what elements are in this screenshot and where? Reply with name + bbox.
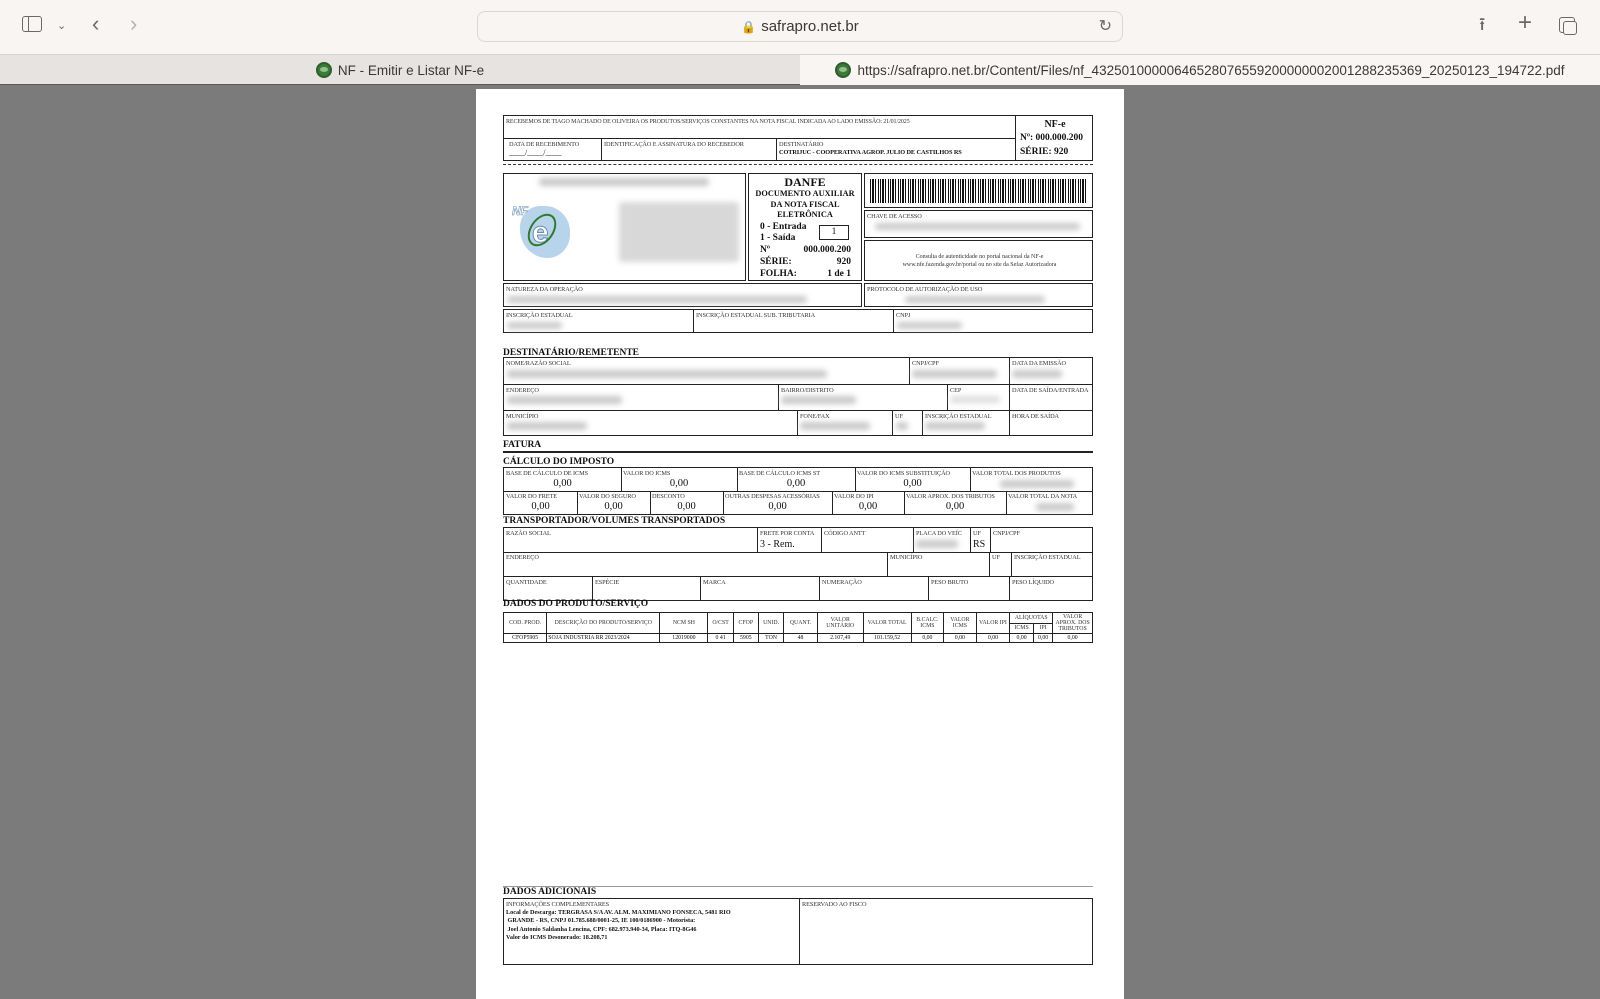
lock-icon: 🔒 [741,20,756,34]
table-cell: 0,00 [1053,634,1093,643]
new-tab-icon[interactable]: + [1518,13,1532,33]
table-cell: TON [758,634,783,643]
column-header: ICMS [1010,623,1034,634]
column-header: O/CST [708,613,733,634]
table-cell: 2.107,49 [817,634,863,643]
barcode [870,179,1086,203]
produtos-section: DADOS DO PRODUTO/SERVIÇO [503,599,648,609]
imposto-label: OUTRAS DESPESAS ACESSÓRIAS [725,493,820,500]
imposto-section: CÁLCULO DO IMPOSTO [503,457,614,467]
imposto-label: VALOR DO ICMS SUBSTITUIÇÃO [857,470,950,477]
column-header: QUANT. [784,613,818,634]
table-cell: 0 41 [708,634,733,643]
protocolo-box: PROTOCOLO DE AUTORIZAÇÃO DE USO [864,283,1093,307]
barcode-box [864,173,1093,208]
informacoes-complementares: Local de Descarga: TERGRASA S/A AV. ALM.… [506,909,731,942]
imposto-value: 0,00 [621,478,737,489]
imposto-box: BASE DE CÁLCULO DE ICMS0,00VALOR DO ICMS… [503,467,1093,515]
imposto-value: 0,00 [504,501,577,512]
table-cell: SOJA INDUSTRIA RR 2023/2024 [547,634,660,643]
imposto-value: 0,00 [723,501,832,512]
table-cell: 48 [784,634,818,643]
emitente-box: e NF [503,173,746,281]
column-header: NCM SH [660,613,708,634]
imposto-label: VALOR TOTAL DOS PRODUTOS [972,470,1061,477]
column-header: UNID. [758,613,783,634]
address-bar[interactable]: 🔒safrapro.net.br ↻ [477,11,1123,42]
inscricao-row: INSCRIÇÃO ESTADUAL INSCRIÇÃO ESTADUAL SU… [503,309,1093,333]
column-header: VALOR IPI [976,613,1010,634]
forward-icon[interactable]: › [130,14,137,34]
column-header: B.CALC. ICMS [911,613,943,634]
table-cell: 101.159,52 [863,634,911,643]
reload-icon[interactable]: ↻ [1099,16,1112,36]
column-header-aliquotas: ALÍQUOTAS [1010,613,1053,624]
canhoto: RECEBEMOS DE TIAGO MACHADO DE OLIVEIRA O… [503,115,1093,161]
imposto-value: 0,00 [577,501,650,512]
imposto-label: BASE DE CÁLCULO DE ICMS [506,470,588,477]
tab-nf-emitir[interactable]: NF - Emitir e Listar NF-e [0,55,800,85]
tab-bar: NF - Emitir e Listar NF-e https://safrap… [0,54,1600,85]
transportador-box: RAZÃO SOCIAL FRETE POR CONTA 3 - Rem. CÓ… [503,527,1093,601]
tab-overview-icon[interactable] [1559,17,1575,33]
table-cell: 0,00 [1033,634,1052,643]
table-cell: 0,00 [976,634,1010,643]
recebemos-text: RECEBEMOS DE TIAGO MACHADO DE OLIVEIRA O… [506,119,910,125]
column-header: DESCRIÇÃO DO PRODUTO/SERVIÇO [547,613,660,634]
table-cell: 0,00 [1010,634,1034,643]
imposto-label: BASE DE CÁLCULO ICMS ST [739,470,820,477]
imposto-value: 0,00 [737,478,855,489]
nfe-logo-icon: e NF [512,202,574,262]
table-cell: 0,00 [944,634,976,643]
data-recebimento-field: ____/____/____ [509,148,561,157]
destinatario-box: NOME/RAZÃO SOCIAL CNPJ/CPF DATA DA EMISS… [503,357,1093,436]
column-header: VALOR TOTAL [863,613,911,634]
tab-pdf[interactable]: https://safrapro.net.br/Content/Files/nf… [800,55,1600,85]
imposto-value: 0,00 [855,478,970,489]
favicon-icon [835,62,851,78]
column-header: CFOP [733,613,758,634]
adicionais-section: DADOS ADICIONAIS [503,887,596,897]
danfe-box: DANFE DOCUMENTO AUXILIAR DA NOTA FISCAL … [748,173,862,281]
produtos-table: COD. PROD.DESCRIÇÃO DO PRODUTO/SERVIÇONC… [503,612,1093,643]
column-header: IPI [1033,623,1052,634]
tipo-operacao-box: 1 [819,225,849,240]
imposto-label: DESCONTO [652,493,685,500]
table-cell: 5905 [733,634,758,643]
chevron-down-icon[interactable]: ⌄ [57,16,66,36]
natureza-box: NATUREZA DA OPERAÇÃO [503,283,862,307]
column-header: VALOR ICMS [944,613,976,634]
cut-line [503,164,1093,165]
fatura-section: FATURA [503,440,541,450]
table-row: CFOP5905SOJA INDUSTRIA RR 2023/202412019… [504,634,1093,643]
imposto-value: 0,00 [504,478,621,489]
sidebar-toggle-icon[interactable] [22,16,42,32]
pdf-page: RECEBEMOS DE TIAGO MACHADO DE OLIVEIRA O… [476,89,1124,999]
adicionais-box: INFORMAÇÕES COMPLEMENTARES Local de Desc… [503,898,1093,965]
imposto-value: 0,00 [904,501,1006,512]
imposto-label: VALOR DO SEGURO [579,493,636,500]
imposto-label: VALOR DO FRETE [506,493,557,500]
imposto-value: 0,00 [832,501,904,512]
browser-toolbar: ⌄ ‹ › 🔒safrapro.net.br ↻ ⭱ + [0,0,1600,54]
table-cell: CFOP5905 [504,634,547,643]
table-cell: 12019000 [660,634,708,643]
column-header: COD. PROD. [504,613,547,634]
table-cell: 0,00 [911,634,943,643]
column-header: VALOR UNITÁRIO [817,613,863,634]
consulta-box: Consulta de autenticidade no portal naci… [864,240,1093,281]
imposto-label: VALOR DO ICMS [623,470,670,477]
share-icon[interactable]: ⭱ [1479,14,1485,34]
chave-acesso-box: CHAVE DE ACESSO [864,210,1093,238]
address-text: safrapro.net.br [761,18,859,35]
imposto-label: VALOR TOTAL DA NOTA [1008,493,1077,500]
imposto-label: VALOR DO IPI [834,493,874,500]
back-icon[interactable]: ‹ [92,14,99,34]
transportador-section: TRANSPORTADOR/VOLUMES TRANSPORTADOS [503,516,725,526]
column-header: VALOR APROX. DOS TRIBUTOS [1053,613,1093,634]
imposto-value: 0,00 [650,501,723,512]
favicon-icon [316,62,332,78]
imposto-label: VALOR APROX. DOS TRIBUTOS [906,493,995,500]
